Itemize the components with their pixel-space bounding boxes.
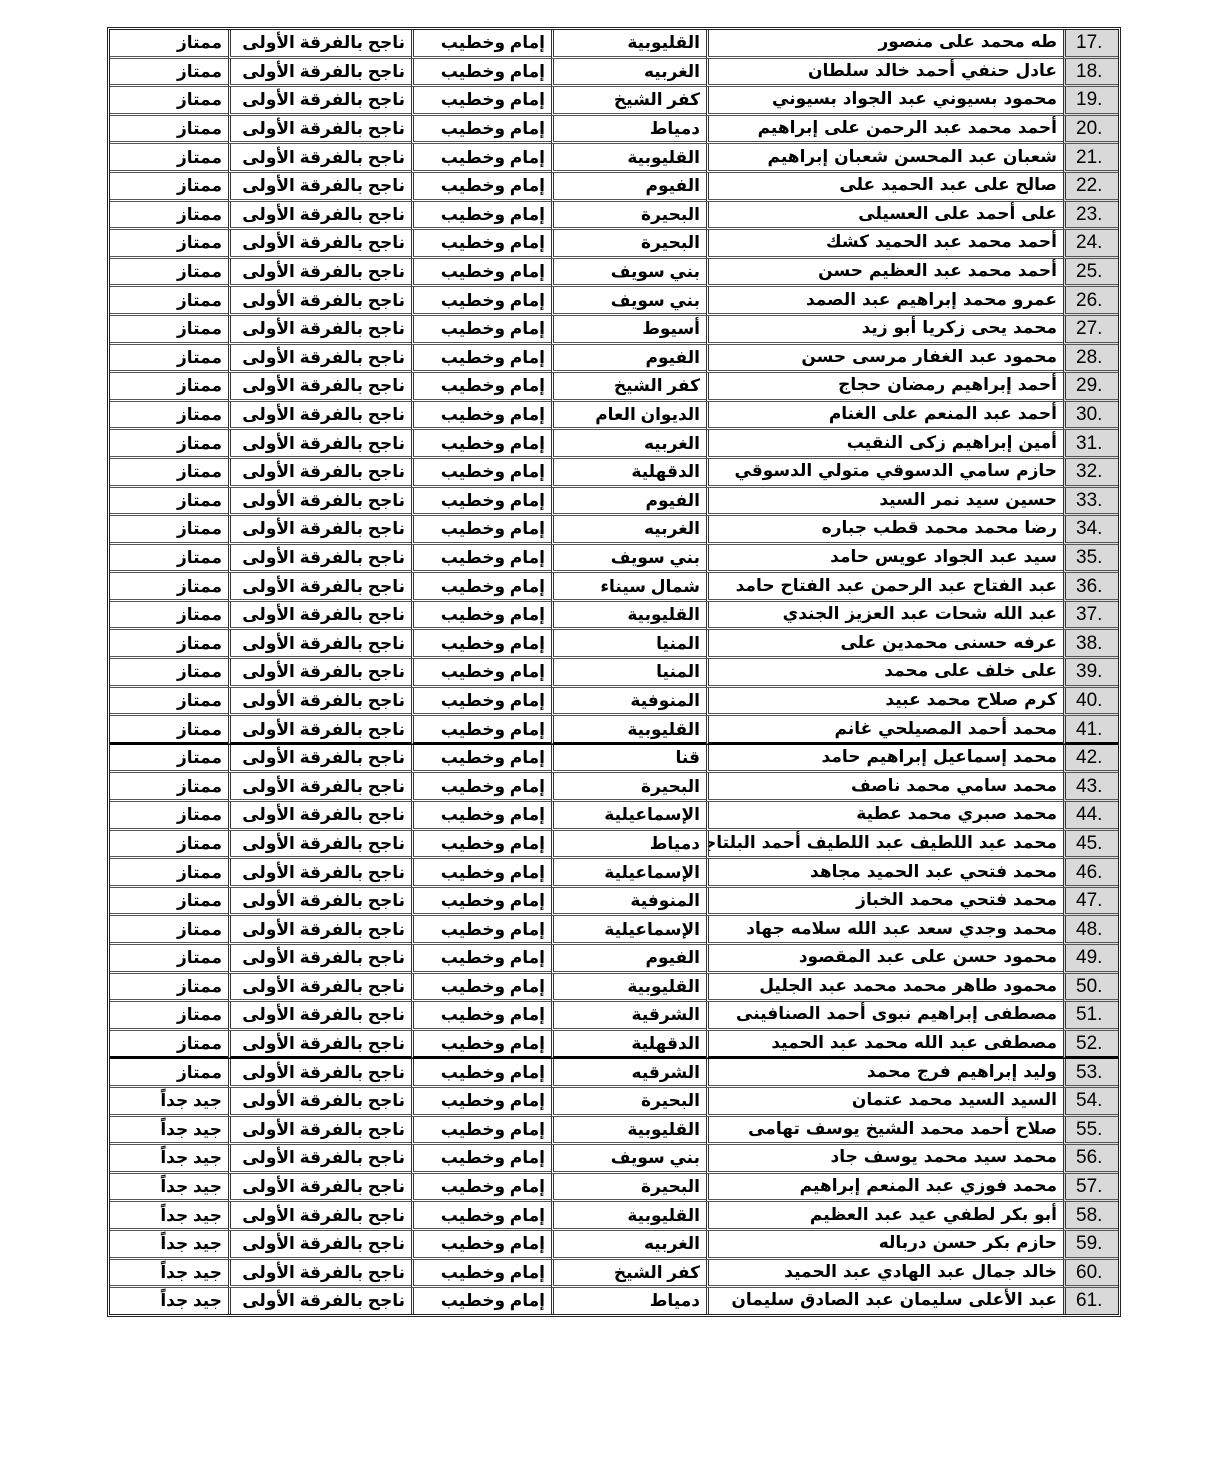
governorate: دمياط — [551, 831, 706, 860]
governorate: كفر الشيخ — [551, 87, 706, 116]
table-row: 42. محمد إسماعيل إبراهيم حامد قنا إمام و… — [110, 745, 1118, 774]
pass-status: ناجح بالفرقة الأولى — [228, 316, 411, 345]
student-name: محمود بسيوني عبد الجواد بسيوني — [706, 87, 1063, 116]
student-name: محمد صبري محمد عطية — [706, 802, 1063, 831]
governorate: شمال سيناء — [551, 573, 706, 602]
row-number: 49. — [1063, 945, 1118, 974]
grade: ممتاز — [110, 516, 228, 545]
pass-status: ناجح بالفرقة الأولى — [228, 1202, 411, 1231]
table-row: 40. كرم صلاح محمد عبيد المنوفية إمام وخط… — [110, 688, 1118, 717]
student-name: محمود طاهر محمد محمد عبد الجليل — [706, 974, 1063, 1003]
governorate: بني سويف — [551, 545, 706, 574]
row-number: 32. — [1063, 459, 1118, 488]
row-number: 20. — [1063, 116, 1118, 145]
grade: ممتاز — [110, 259, 228, 288]
pass-status: ناجح بالفرقة الأولى — [228, 659, 411, 688]
governorate: قنا — [551, 745, 706, 774]
pass-status: ناجح بالفرقة الأولى — [228, 1145, 411, 1174]
row-number: 37. — [1063, 602, 1118, 631]
job-title: إمام وخطيب — [411, 373, 551, 402]
row-number: 29. — [1063, 373, 1118, 402]
student-name: أحمد إبراهيم رمضان حجاج — [706, 373, 1063, 402]
pass-status: ناجح بالفرقة الأولى — [228, 573, 411, 602]
student-name: حازم بكر حسن درباله — [706, 1231, 1063, 1260]
governorate: الفيوم — [551, 488, 706, 517]
row-number: 18. — [1063, 59, 1118, 88]
grade: جيد جداً — [110, 1260, 228, 1289]
governorate: الديوان العام — [551, 402, 706, 431]
pass-status: ناجح بالفرقة الأولى — [228, 1088, 411, 1117]
table-row: 26. عمرو محمد إبراهيم عبد الصمد بني سويف… — [110, 287, 1118, 316]
job-title: إمام وخطيب — [411, 144, 551, 173]
governorate: المنوفية — [551, 688, 706, 717]
pass-status: ناجح بالفرقة الأولى — [228, 1117, 411, 1146]
grade: ممتاز — [110, 630, 228, 659]
grade: ممتاز — [110, 287, 228, 316]
governorate: البحيرة — [551, 202, 706, 231]
student-name: حسين سيد نمر السيد — [706, 488, 1063, 517]
table-row: 44. محمد صبري محمد عطية الإسماعيلية إمام… — [110, 802, 1118, 831]
grade: ممتاز — [110, 602, 228, 631]
results-table: 17. طه محمد على منصور القليوبية إمام وخط… — [107, 27, 1121, 1317]
student-name: مصطفى إبراهيم نبوى أحمد الصنافينى — [706, 1002, 1063, 1031]
governorate: القليوبية — [551, 716, 706, 745]
student-name: عادل حنفي أحمد خالد سلطان — [706, 59, 1063, 88]
governorate: الفيوم — [551, 173, 706, 202]
job-title: إمام وخطيب — [411, 1031, 551, 1060]
student-name: السيد السيد محمد عتمان — [706, 1088, 1063, 1117]
table-row: 29. أحمد إبراهيم رمضان حجاج كفر الشيخ إم… — [110, 373, 1118, 402]
table-row: 45. محمد عبد اللطيف عبد اللطيف أحمد البل… — [110, 831, 1118, 860]
row-number: 56. — [1063, 1145, 1118, 1174]
results-table-body: 17. طه محمد على منصور القليوبية إمام وخط… — [110, 30, 1118, 1314]
pass-status: ناجح بالفرقة الأولى — [228, 802, 411, 831]
pass-status: ناجح بالفرقة الأولى — [228, 1288, 411, 1314]
pass-status: ناجح بالفرقة الأولى — [228, 259, 411, 288]
job-title: إمام وخطيب — [411, 602, 551, 631]
row-number: 48. — [1063, 916, 1118, 945]
grade: ممتاز — [110, 688, 228, 717]
student-name: محمد إسماعيل إبراهيم حامد — [706, 745, 1063, 774]
table-row: 25. أحمد محمد عبد العظيم حسن بني سويف إم… — [110, 259, 1118, 288]
table-row: 39. على خلف على محمد المنيا إمام وخطيب ن… — [110, 659, 1118, 688]
grade: ممتاز — [110, 945, 228, 974]
governorate: كفر الشيخ — [551, 373, 706, 402]
pass-status: ناجح بالفرقة الأولى — [228, 373, 411, 402]
row-number: 30. — [1063, 402, 1118, 431]
grade: ممتاز — [110, 974, 228, 1003]
grade: جيد جداً — [110, 1288, 228, 1314]
row-number: 24. — [1063, 230, 1118, 259]
student-name: محمد وجدي سعد عبد الله سلامه جهاد — [706, 916, 1063, 945]
student-name: على أحمد على العسيلى — [706, 202, 1063, 231]
grade: ممتاز — [110, 773, 228, 802]
table-row: 27. محمد يحى زكريا أبو زيد أسيوط إمام وخ… — [110, 316, 1118, 345]
row-number: 27. — [1063, 316, 1118, 345]
job-title: إمام وخطيب — [411, 716, 551, 745]
job-title: إمام وخطيب — [411, 259, 551, 288]
job-title: إمام وخطيب — [411, 859, 551, 888]
pass-status: ناجح بالفرقة الأولى — [228, 630, 411, 659]
grade: ممتاز — [110, 802, 228, 831]
governorate: الغربيه — [551, 516, 706, 545]
student-name: عمرو محمد إبراهيم عبد الصمد — [706, 287, 1063, 316]
table-row: 17. طه محمد على منصور القليوبية إمام وخط… — [110, 30, 1118, 59]
student-name: مصطفى عبد الله محمد عبد الحميد — [706, 1031, 1063, 1060]
governorate: الشرقية — [551, 1002, 706, 1031]
student-name: وليد إبراهيم فرج محمد — [706, 1059, 1063, 1088]
pass-status: ناجح بالفرقة الأولى — [228, 1031, 411, 1060]
job-title: إمام وخطيب — [411, 745, 551, 774]
table-row: 47. محمد فتحي محمد الخباز المنوفية إمام … — [110, 888, 1118, 917]
grade: ممتاز — [110, 859, 228, 888]
governorate: دمياط — [551, 1288, 706, 1314]
pass-status: ناجح بالفرقة الأولى — [228, 202, 411, 231]
table-row: 49. محمود حسن على عبد المقصود الفيوم إما… — [110, 945, 1118, 974]
governorate: الفيوم — [551, 345, 706, 374]
job-title: إمام وخطيب — [411, 1231, 551, 1260]
pass-status: ناجح بالفرقة الأولى — [228, 144, 411, 173]
grade: ممتاز — [110, 59, 228, 88]
governorate: القليوبية — [551, 1117, 706, 1146]
row-number: 43. — [1063, 773, 1118, 802]
governorate: الإسماعيلية — [551, 916, 706, 945]
row-number: 52. — [1063, 1031, 1118, 1060]
student-name: أبو بكر لطفي عيد عبد العظيم — [706, 1202, 1063, 1231]
job-title: إمام وخطيب — [411, 630, 551, 659]
grade: جيد جداً — [110, 1202, 228, 1231]
job-title: إمام وخطيب — [411, 1260, 551, 1289]
student-name: عبد الفتاح عبد الرحمن عبد الفتاح حامد — [706, 573, 1063, 602]
student-name: محمد عبد اللطيف عبد اللطيف أحمد البلتاجى — [706, 831, 1063, 860]
job-title: إمام وخطيب — [411, 402, 551, 431]
table-row: 50. محمود طاهر محمد محمد عبد الجليل القل… — [110, 974, 1118, 1003]
job-title: إمام وخطيب — [411, 916, 551, 945]
job-title: إمام وخطيب — [411, 516, 551, 545]
grade: ممتاز — [110, 30, 228, 59]
pass-status: ناجح بالفرقة الأولى — [228, 287, 411, 316]
pass-status: ناجح بالفرقة الأولى — [228, 59, 411, 88]
job-title: إمام وخطيب — [411, 659, 551, 688]
governorate: الإسماعيلية — [551, 859, 706, 888]
table-row: 51. مصطفى إبراهيم نبوى أحمد الصنافينى ال… — [110, 1002, 1118, 1031]
table-row: 35. سيد عبد الجواد عويس حامد بني سويف إم… — [110, 545, 1118, 574]
table-row: 32. حازم سامي الدسوقي متولي الدسوقي الدق… — [110, 459, 1118, 488]
pass-status: ناجح بالفرقة الأولى — [228, 1260, 411, 1289]
table-row: 23. على أحمد على العسيلى البحيرة إمام وخ… — [110, 202, 1118, 231]
student-name: محمد سامي محمد ناصف — [706, 773, 1063, 802]
row-number: 42. — [1063, 745, 1118, 774]
governorate: بني سويف — [551, 259, 706, 288]
job-title: إمام وخطيب — [411, 1088, 551, 1117]
pass-status: ناجح بالفرقة الأولى — [228, 888, 411, 917]
pass-status: ناجح بالفرقة الأولى — [228, 688, 411, 717]
student-name: سيد عبد الجواد عويس حامد — [706, 545, 1063, 574]
job-title: إمام وخطيب — [411, 945, 551, 974]
governorate: أسيوط — [551, 316, 706, 345]
grade: ممتاز — [110, 1002, 228, 1031]
governorate: البحيرة — [551, 1088, 706, 1117]
student-name: محمد فتحي محمد الخباز — [706, 888, 1063, 917]
grade: ممتاز — [110, 345, 228, 374]
grade: ممتاز — [110, 230, 228, 259]
student-name: خالد جمال عبد الهادي عبد الحميد — [706, 1260, 1063, 1289]
table-row: 53. وليد إبراهيم فرج محمد الشرقيه إمام و… — [110, 1059, 1118, 1088]
grade: ممتاز — [110, 1059, 228, 1088]
governorate: الشرقيه — [551, 1059, 706, 1088]
row-number: 47. — [1063, 888, 1118, 917]
governorate: البحيرة — [551, 230, 706, 259]
student-name: أمين إبراهيم زكى النقيب — [706, 430, 1063, 459]
student-name: رضا محمد محمد قطب جباره — [706, 516, 1063, 545]
pass-status: ناجح بالفرقة الأولى — [228, 488, 411, 517]
table-row: 33. حسين سيد نمر السيد الفيوم إمام وخطيب… — [110, 488, 1118, 517]
governorate: القليوبية — [551, 602, 706, 631]
student-name: شعبان عبد المحسن شعبان إبراهيم — [706, 144, 1063, 173]
student-name: على خلف على محمد — [706, 659, 1063, 688]
grade: جيد جداً — [110, 1231, 228, 1260]
student-name: محمود حسن على عبد المقصود — [706, 945, 1063, 974]
grade: ممتاز — [110, 373, 228, 402]
student-name: محمد فوزي عبد المنعم إبراهيم — [706, 1174, 1063, 1203]
governorate: القليوبية — [551, 974, 706, 1003]
pass-status: ناجح بالفرقة الأولى — [228, 945, 411, 974]
job-title: إمام وخطيب — [411, 230, 551, 259]
governorate: الفيوم — [551, 945, 706, 974]
row-number: 38. — [1063, 630, 1118, 659]
job-title: إمام وخطيب — [411, 1288, 551, 1314]
grade: ممتاز — [110, 316, 228, 345]
job-title: إمام وخطيب — [411, 173, 551, 202]
governorate: المنوفية — [551, 888, 706, 917]
pass-status: ناجح بالفرقة الأولى — [228, 30, 411, 59]
grade: ممتاز — [110, 545, 228, 574]
pass-status: ناجح بالفرقة الأولى — [228, 1231, 411, 1260]
grade: ممتاز — [110, 573, 228, 602]
row-number: 57. — [1063, 1174, 1118, 1203]
grade: ممتاز — [110, 87, 228, 116]
job-title: إمام وخطيب — [411, 30, 551, 59]
row-number: 54. — [1063, 1088, 1118, 1117]
student-name: محمد سيد محمد يوسف جاد — [706, 1145, 1063, 1174]
job-title: إمام وخطيب — [411, 459, 551, 488]
row-number: 26. — [1063, 287, 1118, 316]
grade: ممتاز — [110, 459, 228, 488]
table-row: 31. أمين إبراهيم زكى النقيب الغربيه إمام… — [110, 430, 1118, 459]
grade: ممتاز — [110, 144, 228, 173]
row-number: 41. — [1063, 716, 1118, 745]
student-name: كرم صلاح محمد عبيد — [706, 688, 1063, 717]
row-number: 35. — [1063, 545, 1118, 574]
pass-status: ناجح بالفرقة الأولى — [228, 745, 411, 774]
row-number: 60. — [1063, 1260, 1118, 1289]
grade: ممتاز — [110, 831, 228, 860]
row-number: 19. — [1063, 87, 1118, 116]
pass-status: ناجح بالفرقة الأولى — [228, 1002, 411, 1031]
grade: ممتاز — [110, 430, 228, 459]
student-name: عبد الأعلى سليمان عبد الصادق سليمان — [706, 1288, 1063, 1314]
student-name: طه محمد على منصور — [706, 30, 1063, 59]
table-row: 20. أحمد محمد عبد الرحمن على إبراهيم دمي… — [110, 116, 1118, 145]
governorate: الغربيه — [551, 1231, 706, 1260]
grade: جيد جداً — [110, 1145, 228, 1174]
pass-status: ناجح بالفرقة الأولى — [228, 430, 411, 459]
pass-status: ناجح بالفرقة الأولى — [228, 859, 411, 888]
table-row: 18. عادل حنفي أحمد خالد سلطان الغربيه إم… — [110, 59, 1118, 88]
job-title: إمام وخطيب — [411, 1059, 551, 1088]
row-number: 44. — [1063, 802, 1118, 831]
grade: جيد جداً — [110, 1117, 228, 1146]
governorate: القليوبية — [551, 144, 706, 173]
row-number: 45. — [1063, 831, 1118, 860]
grade: جيد جداً — [110, 1088, 228, 1117]
pass-status: ناجح بالفرقة الأولى — [228, 1059, 411, 1088]
grade: ممتاز — [110, 202, 228, 231]
row-number: 53. — [1063, 1059, 1118, 1088]
job-title: إمام وخطيب — [411, 287, 551, 316]
grade: جيد جداً — [110, 1174, 228, 1203]
table-row: 52. مصطفى عبد الله محمد عبد الحميد الدقه… — [110, 1031, 1118, 1060]
pass-status: ناجح بالفرقة الأولى — [228, 516, 411, 545]
governorate: الغربيه — [551, 430, 706, 459]
student-name: محمود عبد الغفار مرسى حسن — [706, 345, 1063, 374]
job-title: إمام وخطيب — [411, 1145, 551, 1174]
table-row: 58. أبو بكر لطفي عيد عبد العظيم القليوبي… — [110, 1202, 1118, 1231]
governorate: الغربيه — [551, 59, 706, 88]
job-title: إمام وخطيب — [411, 316, 551, 345]
governorate: الدقهلية — [551, 1031, 706, 1060]
student-name: أحمد محمد عبد العظيم حسن — [706, 259, 1063, 288]
governorate: بني سويف — [551, 1145, 706, 1174]
governorate: القليوبية — [551, 1202, 706, 1231]
row-number: 46. — [1063, 859, 1118, 888]
grade: ممتاز — [110, 1031, 228, 1060]
row-number: 25. — [1063, 259, 1118, 288]
student-name: محمد فتحي عبد الحميد مجاهد — [706, 859, 1063, 888]
student-name: عبد الله شحات عبد العزيز الجندي — [706, 602, 1063, 631]
table-row: 37. عبد الله شحات عبد العزيز الجندي القل… — [110, 602, 1118, 631]
grade: ممتاز — [110, 173, 228, 202]
job-title: إمام وخطيب — [411, 831, 551, 860]
row-number: 36. — [1063, 573, 1118, 602]
grade: ممتاز — [110, 488, 228, 517]
pass-status: ناجح بالفرقة الأولى — [228, 1174, 411, 1203]
governorate: المنيا — [551, 630, 706, 659]
table-row: 38. عرفه حسنى محمدين على المنيا إمام وخط… — [110, 630, 1118, 659]
row-number: 34. — [1063, 516, 1118, 545]
table-row: 43. محمد سامي محمد ناصف البحيرة إمام وخط… — [110, 773, 1118, 802]
job-title: إمام وخطيب — [411, 202, 551, 231]
table-row: 19. محمود بسيوني عبد الجواد بسيوني كفر ا… — [110, 87, 1118, 116]
table-row: 54. السيد السيد محمد عتمان البحيرة إمام … — [110, 1088, 1118, 1117]
table-row: 30. أحمد عبد المنعم على الغنام الديوان ا… — [110, 402, 1118, 431]
governorate: البحيرة — [551, 1174, 706, 1203]
row-number: 40. — [1063, 688, 1118, 717]
job-title: إمام وخطيب — [411, 974, 551, 1003]
pass-status: ناجح بالفرقة الأولى — [228, 87, 411, 116]
grade: ممتاز — [110, 745, 228, 774]
table-row: 57. محمد فوزي عبد المنعم إبراهيم البحيرة… — [110, 1174, 1118, 1203]
row-number: 23. — [1063, 202, 1118, 231]
job-title: إمام وخطيب — [411, 1202, 551, 1231]
results-sheet: 17. طه محمد على منصور القليوبية إمام وخط… — [107, 27, 1115, 1317]
job-title: إمام وخطيب — [411, 688, 551, 717]
governorate: دمياط — [551, 116, 706, 145]
row-number: 50. — [1063, 974, 1118, 1003]
pass-status: ناجح بالفرقة الأولى — [228, 173, 411, 202]
grade: ممتاز — [110, 888, 228, 917]
student-name: عرفه حسنى محمدين على — [706, 630, 1063, 659]
job-title: إمام وخطيب — [411, 1117, 551, 1146]
table-row: 48. محمد وجدي سعد عبد الله سلامه جهاد ال… — [110, 916, 1118, 945]
job-title: إمام وخطيب — [411, 488, 551, 517]
student-name: صلاح أحمد محمد الشيخ يوسف تهامى — [706, 1117, 1063, 1146]
row-number: 17. — [1063, 30, 1118, 59]
row-number: 33. — [1063, 488, 1118, 517]
table-row: 21. شعبان عبد المحسن شعبان إبراهيم القلي… — [110, 144, 1118, 173]
job-title: إمام وخطيب — [411, 1002, 551, 1031]
student-name: محمد يحى زكريا أبو زيد — [706, 316, 1063, 345]
job-title: إمام وخطيب — [411, 545, 551, 574]
governorate: البحيرة — [551, 773, 706, 802]
table-row: 24. أحمد محمد عبد الحميد كشك البحيرة إما… — [110, 230, 1118, 259]
table-row: 41. محمد أحمد المصيلحي غانم القليوبية إم… — [110, 716, 1118, 745]
job-title: إمام وخطيب — [411, 87, 551, 116]
row-number: 59. — [1063, 1231, 1118, 1260]
row-number: 28. — [1063, 345, 1118, 374]
job-title: إمام وخطيب — [411, 430, 551, 459]
student-name: صالح على عبد الحميد على — [706, 173, 1063, 202]
row-number: 39. — [1063, 659, 1118, 688]
row-number: 31. — [1063, 430, 1118, 459]
row-number: 51. — [1063, 1002, 1118, 1031]
grade: ممتاز — [110, 402, 228, 431]
grade: ممتاز — [110, 659, 228, 688]
job-title: إمام وخطيب — [411, 1174, 551, 1203]
table-row: 34. رضا محمد محمد قطب جباره الغربيه إمام… — [110, 516, 1118, 545]
job-title: إمام وخطيب — [411, 802, 551, 831]
governorate: المنيا — [551, 659, 706, 688]
pass-status: ناجح بالفرقة الأولى — [228, 116, 411, 145]
pass-status: ناجح بالفرقة الأولى — [228, 773, 411, 802]
table-row: 56. محمد سيد محمد يوسف جاد بني سويف إمام… — [110, 1145, 1118, 1174]
pass-status: ناجح بالفرقة الأولى — [228, 545, 411, 574]
student-name: أحمد محمد عبد الحميد كشك — [706, 230, 1063, 259]
row-number: 22. — [1063, 173, 1118, 202]
table-row: 55. صلاح أحمد محمد الشيخ يوسف تهامى القل… — [110, 1117, 1118, 1146]
student-name: حازم سامي الدسوقي متولي الدسوقي — [706, 459, 1063, 488]
governorate: القليوبية — [551, 30, 706, 59]
table-row: 36. عبد الفتاح عبد الرحمن عبد الفتاح حام… — [110, 573, 1118, 602]
pass-status: ناجح بالفرقة الأولى — [228, 230, 411, 259]
job-title: إمام وخطيب — [411, 888, 551, 917]
table-row: 59. حازم بكر حسن درباله الغربيه إمام وخط… — [110, 1231, 1118, 1260]
table-row: 22. صالح على عبد الحميد على الفيوم إمام … — [110, 173, 1118, 202]
grade: ممتاز — [110, 916, 228, 945]
pass-status: ناجح بالفرقة الأولى — [228, 459, 411, 488]
job-title: إمام وخطيب — [411, 773, 551, 802]
table-row: 60. خالد جمال عبد الهادي عبد الحميد كفر … — [110, 1260, 1118, 1289]
job-title: إمام وخطيب — [411, 116, 551, 145]
grade: ممتاز — [110, 116, 228, 145]
pass-status: ناجح بالفرقة الأولى — [228, 602, 411, 631]
grade: ممتاز — [110, 716, 228, 745]
student-name: محمد أحمد المصيلحي غانم — [706, 716, 1063, 745]
pass-status: ناجح بالفرقة الأولى — [228, 974, 411, 1003]
governorate: الإسماعيلية — [551, 802, 706, 831]
job-title: إمام وخطيب — [411, 59, 551, 88]
row-number: 55. — [1063, 1117, 1118, 1146]
